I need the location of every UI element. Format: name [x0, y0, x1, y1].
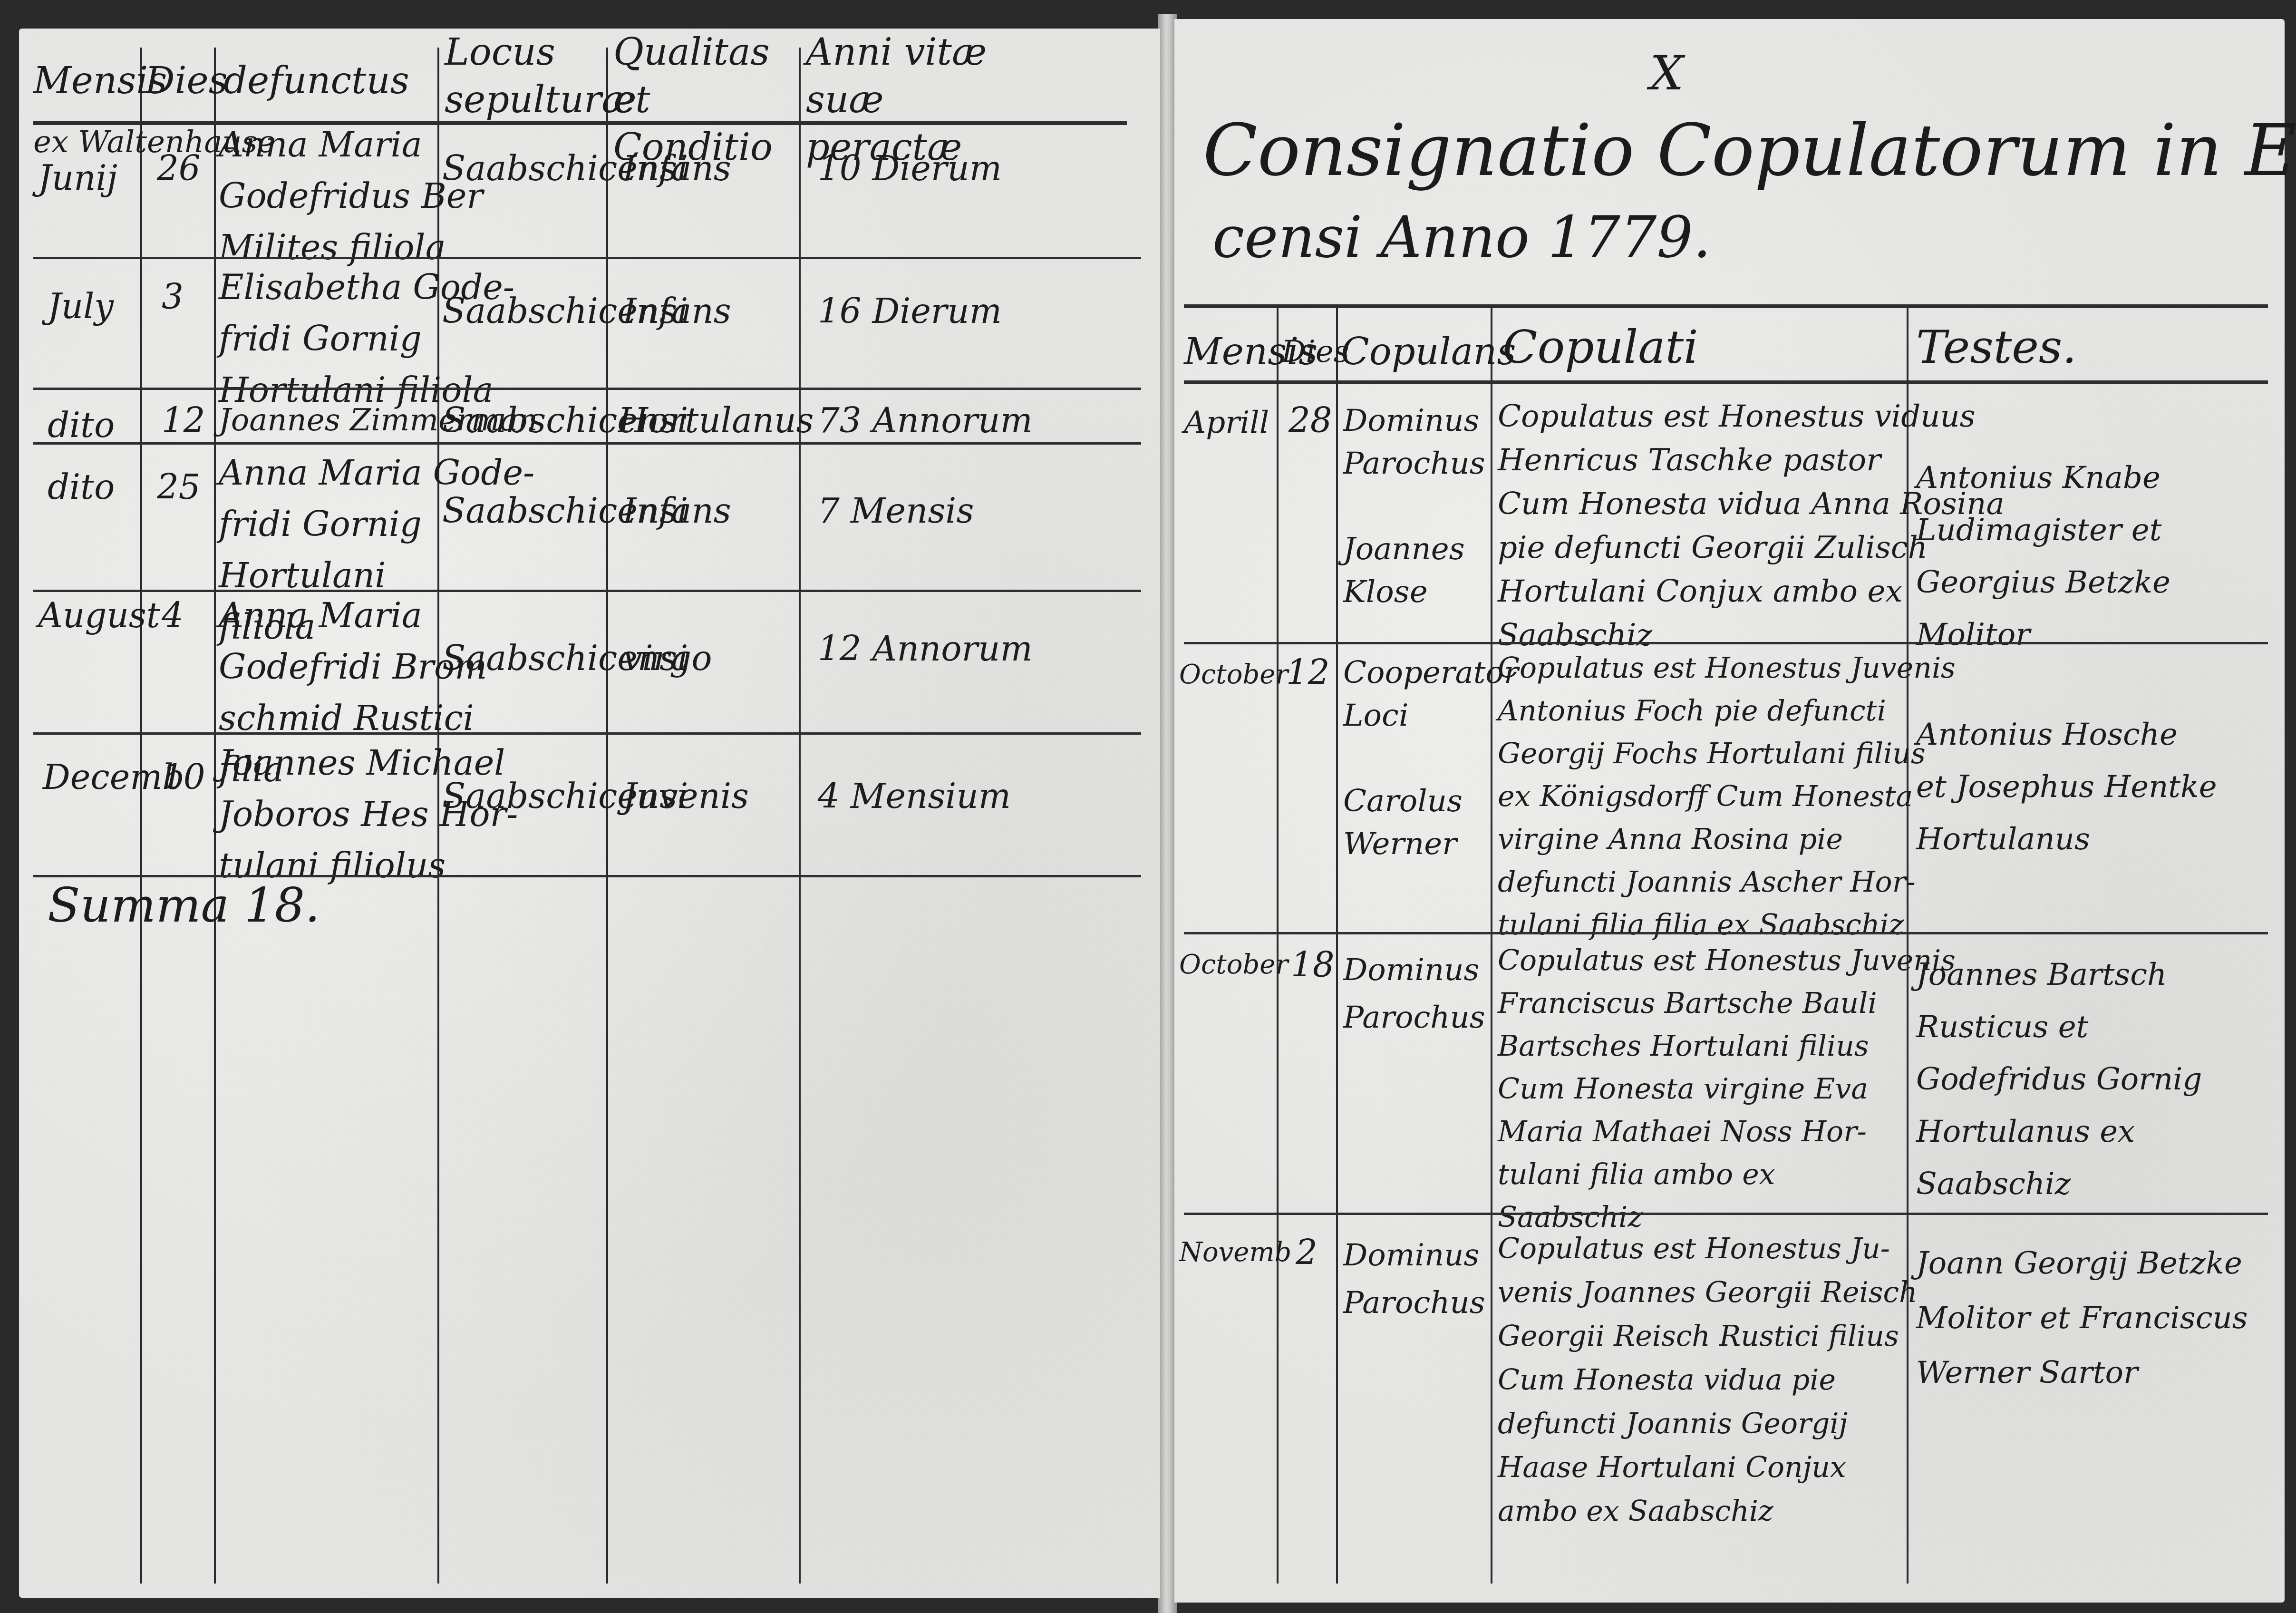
left-page-burial-register: Mensis Dies defunctus Locus sepulturæ Qu…: [19, 29, 1160, 1598]
row-defunctus: Anna Maria Godefridus Ber Milites filiol…: [219, 119, 483, 273]
column-divider: [214, 48, 216, 1584]
row-dies: 26: [157, 143, 201, 194]
row-dies: 2: [1296, 1227, 1318, 1278]
row-dies: 3: [162, 271, 184, 322]
row-anni: 7 Mensis: [818, 485, 974, 536]
row-mensis: Junij: [38, 152, 117, 204]
row-qualitas: Juvenis: [623, 770, 749, 822]
register-title-line1: Consignatio Copulatorum in Ecclesia Paro…: [1203, 109, 2296, 192]
row-rule: [33, 257, 1141, 259]
row-anni: 16 Dierum: [818, 285, 1002, 337]
register-title-line2: censi Anno 1779.: [1212, 204, 1711, 271]
header-top-rule: [1184, 304, 2268, 308]
row-rule: [33, 442, 1141, 445]
row-copulati: Copulatus est Honestus Juvenis Franciscu…: [1498, 939, 1956, 1239]
header-defunctus: defunctus: [223, 57, 409, 105]
row-anni: 73 Annorum: [818, 395, 1033, 446]
row-copulans: Cooperator Loci Carolus Werner: [1343, 651, 1518, 865]
row-testes: Antonius Knabe Ludimagister et Georgius …: [1916, 399, 2285, 661]
column-divider: [140, 48, 142, 1584]
row-dies: 4: [162, 590, 184, 641]
row-testes: Joann Georgij Betzke Molitor et Francisc…: [1916, 1236, 2248, 1400]
header-testes: Testes.: [1916, 323, 2077, 371]
row-rule: [33, 590, 1141, 592]
row-dies: 10: [162, 751, 205, 803]
row-anni: 10 Dierum: [818, 143, 1002, 194]
column-divider: [799, 48, 801, 1584]
row-rule: [33, 732, 1141, 735]
header-bottom-rule: [1184, 380, 2268, 384]
header-locus-sepulturae: Locus sepulturæ: [445, 29, 601, 124]
header-copulans: Copulans: [1341, 328, 1516, 376]
row-testes: Joannes Bartsch Rusticus et Godefridus G…: [1916, 949, 2202, 1210]
row-dies: 12: [162, 395, 205, 446]
column-divider: [1491, 304, 1492, 1584]
row-mensis: Aprill: [1184, 399, 1269, 446]
page-mark: X: [1650, 48, 1684, 99]
row-rule: [1184, 642, 2268, 644]
row-dies: 25: [157, 461, 201, 513]
row-dies: 18: [1291, 939, 1335, 991]
row-copulans: Dominus Parochus: [1343, 1232, 1485, 1327]
row-dies: 12: [1286, 647, 1330, 698]
right-page-marriage-register: X Consignatio Copulatorum in Ecclesia Pa…: [1174, 19, 2285, 1603]
row-rule: [1184, 1213, 2268, 1215]
column-divider: [1336, 304, 1338, 1584]
row-copulati: Copulatus est Honestus Juvenis Antonius …: [1498, 647, 1956, 946]
row-anni: 4 Mensium: [818, 770, 1011, 822]
row-mensis: October: [1179, 651, 1288, 698]
summa-total: Summa 18.: [48, 880, 320, 931]
row-defunctus: Elisabetha Gode- fridi Gornig Hortulani …: [219, 262, 514, 416]
row-copulans: Dominus Parochus Joannes Klose: [1343, 399, 1485, 613]
header-dies: Dies: [145, 57, 228, 105]
row-rule: [1184, 932, 2268, 934]
row-mensis: October: [1179, 942, 1288, 988]
header-dies: Dies: [1281, 328, 1349, 376]
row-copulans: Dominus Parochus: [1343, 946, 1485, 1041]
row-qualitas: Infans: [623, 143, 731, 194]
row-mensis: Novemb: [1179, 1229, 1291, 1276]
row-mensis: July: [48, 281, 114, 332]
row-qualitas: virgo: [623, 632, 712, 684]
row-qualitas: Infans: [623, 485, 731, 536]
row-copulati: Copulatus est Honestus Ju- venis Joannes…: [1498, 1227, 1918, 1533]
row-mensis: August: [38, 590, 160, 641]
header-copulati: Copulati: [1502, 323, 1698, 371]
row-rule: [33, 388, 1141, 390]
row-mensis: dito: [48, 461, 115, 513]
row-dies: 28: [1288, 395, 1332, 446]
row-qualitas: Hortulanus: [618, 395, 814, 446]
row-qualitas: Infans: [623, 285, 731, 337]
row-testes: Antonius Hosche et Josephus Hentke Hortu…: [1916, 656, 2217, 865]
row-anni: 12 Annorum: [818, 623, 1033, 674]
